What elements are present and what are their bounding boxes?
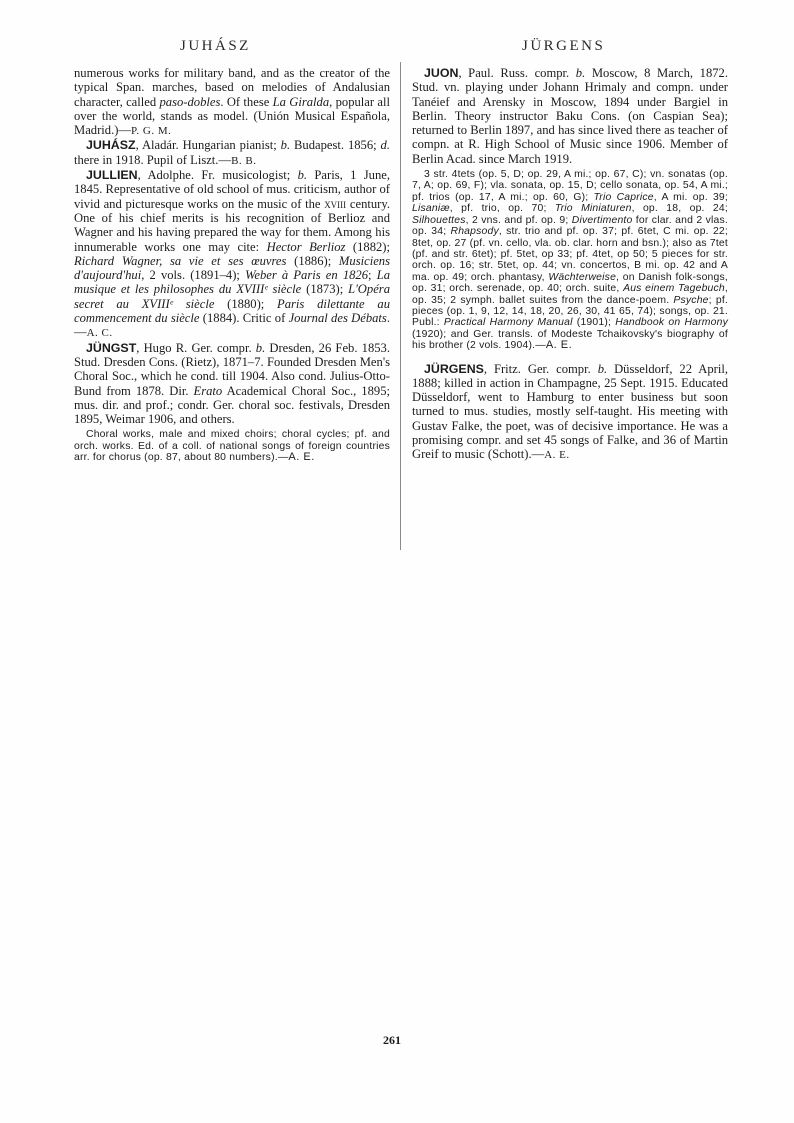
work-title: Divertimento bbox=[572, 215, 633, 226]
running-head-right: JÜRGENS bbox=[522, 38, 605, 55]
work-title: Erato bbox=[194, 384, 223, 398]
text: ; bbox=[368, 268, 377, 282]
headword: JUON bbox=[424, 66, 458, 80]
headword: JUHÁSZ bbox=[86, 138, 136, 152]
text: , Adolphe. Fr. musicologist; bbox=[138, 168, 298, 182]
work-title: Wächterweise bbox=[548, 272, 616, 283]
author-signature: A. E. bbox=[546, 339, 572, 351]
work-title: Practical Harmony Manual bbox=[444, 317, 573, 328]
text: Choral works, male and mixed choirs; cho… bbox=[74, 429, 390, 463]
column-divider bbox=[400, 62, 401, 550]
author-signature: P. G. M. bbox=[131, 125, 171, 137]
text: , pf. trio, op. 70; bbox=[450, 203, 555, 214]
century: xviii bbox=[324, 197, 346, 211]
died-abbr: d. bbox=[381, 138, 390, 152]
right-column: JUON, Paul. Russ. compr. b. Moscow, 8 Ma… bbox=[412, 66, 728, 463]
born-abbr: b. bbox=[298, 168, 307, 182]
works-list-juon: 3 str. 4tets (op. 5, D; op. 29, A mi.; o… bbox=[412, 169, 728, 352]
text: , Aladár. Hungarian pianist; bbox=[136, 138, 281, 152]
born-abbr: b. bbox=[576, 66, 585, 80]
work-title: Hector Berlioz bbox=[267, 240, 346, 254]
author-signature: A. E. bbox=[544, 449, 569, 461]
work-title: Psyche bbox=[673, 295, 708, 306]
entry-continuation: numerous works for military band, and as… bbox=[74, 66, 390, 138]
text: (1901); bbox=[573, 317, 616, 328]
text: , 2 vns. and pf. op. 9; bbox=[466, 215, 572, 226]
entry-jungst: JÜNGST, Hugo R. Ger. compr. b. Dresden, … bbox=[74, 341, 390, 427]
text: (1882); bbox=[345, 240, 390, 254]
author-signature: A. C. bbox=[87, 327, 113, 339]
entry-juon: JUON, Paul. Russ. compr. b. Moscow, 8 Ma… bbox=[412, 66, 728, 166]
work-title: Trio Miniaturen bbox=[555, 203, 632, 214]
text: , Paul. Russ. compr. bbox=[458, 66, 575, 80]
born-abbr: b. bbox=[598, 362, 607, 376]
headword: JÜNGST bbox=[86, 341, 136, 355]
text: . Of these bbox=[220, 95, 272, 109]
entry-juhasz: JUHÁSZ, Aladár. Hungarian pianist; b. Bu… bbox=[74, 138, 390, 168]
text: , A mi. op. 39; bbox=[654, 192, 728, 203]
author-signature: A. E. bbox=[288, 451, 314, 463]
headword: JULLIEN bbox=[86, 168, 138, 182]
text: there in 1918. Pupil of Liszt.— bbox=[74, 153, 231, 167]
text: (1880); bbox=[214, 297, 277, 311]
born-abbr: b. bbox=[256, 341, 265, 355]
left-column: numerous works for military band, and as… bbox=[74, 66, 390, 464]
author-signature: B. B. bbox=[231, 155, 256, 167]
work-title: Silhouettes bbox=[412, 215, 466, 226]
work-title: Journal des Débats bbox=[289, 311, 387, 325]
work-title: La Giralda bbox=[273, 95, 330, 109]
text: (1873); bbox=[301, 282, 348, 296]
works-list-jungst: Choral works, male and mixed choirs; cho… bbox=[74, 429, 390, 463]
text: , 2 vols. (1891–4); bbox=[141, 268, 245, 282]
page-number: 261 bbox=[383, 1033, 401, 1048]
born-abbr: b. bbox=[281, 138, 290, 152]
entry-jurgens: JÜRGENS, Fritz. Ger. compr. b. Düsseldor… bbox=[412, 362, 728, 463]
text: (1884). Critic of bbox=[199, 311, 288, 325]
text: , op. 18, op. 24; bbox=[632, 203, 728, 214]
text: (1886); bbox=[286, 254, 339, 268]
headword: JÜRGENS bbox=[424, 362, 484, 376]
work-title: Aus einem Tagebuch bbox=[623, 283, 725, 294]
entry-jullien: JULLIEN, Adolphe. Fr. musicologist; b. P… bbox=[74, 168, 390, 341]
work-title: Lisaniæ bbox=[412, 203, 450, 214]
text: , Fritz. Ger. compr. bbox=[484, 362, 598, 376]
work-title: Rhapsody bbox=[450, 226, 498, 237]
work-title: Richard Wagner, sa vie et ses œuvres bbox=[74, 254, 286, 268]
work-title: Handbook on Harmony bbox=[615, 317, 728, 328]
text: Düsseldorf, 22 April, 1888; killed in ac… bbox=[412, 362, 728, 462]
text: Moscow, 8 March, 1872. Stud. vn. playing… bbox=[412, 66, 728, 166]
work-title: Weber à Paris en 1826 bbox=[245, 268, 368, 282]
work-title: Trio Caprice bbox=[594, 192, 654, 203]
text: Budapest. 1856; bbox=[290, 138, 380, 152]
italic-term: paso-dobles bbox=[159, 95, 220, 109]
running-head-left: JUHÁSZ bbox=[180, 38, 251, 55]
text: , Hugo R. Ger. compr. bbox=[136, 341, 256, 355]
